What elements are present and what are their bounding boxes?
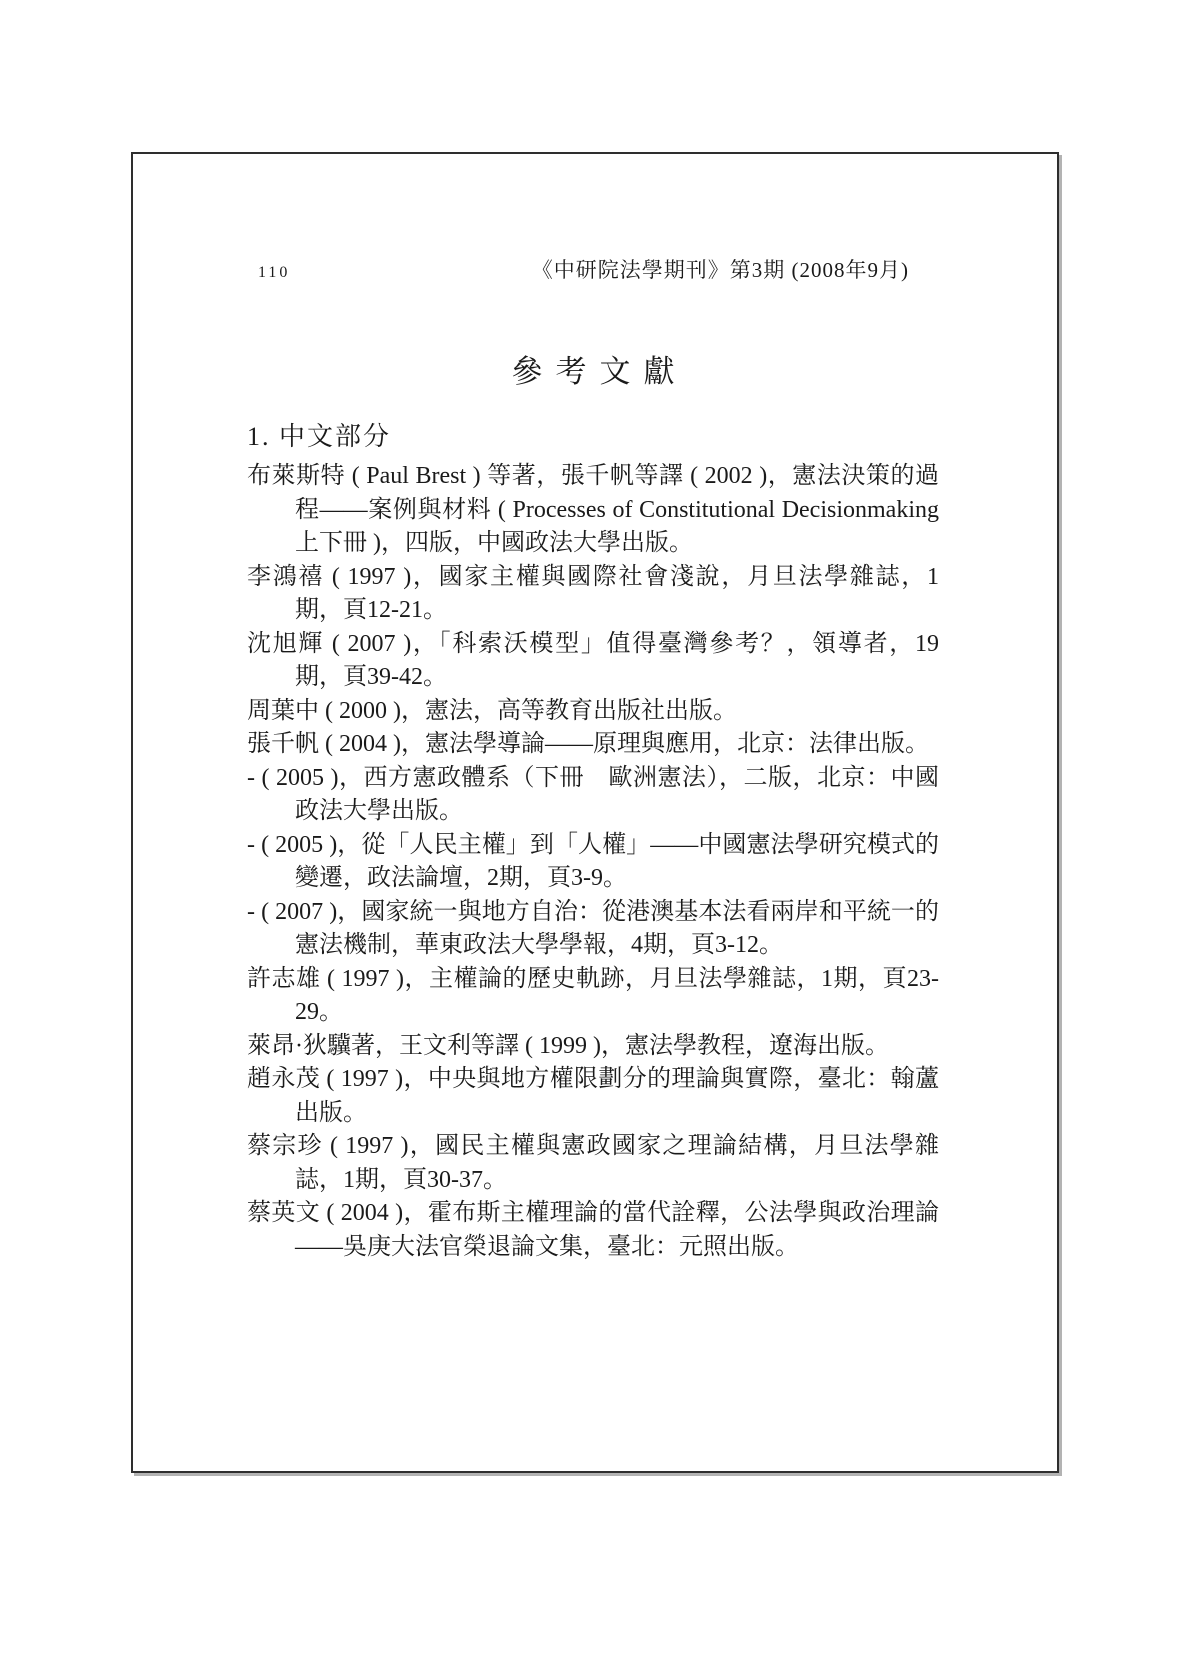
page-title: 參考文獻 bbox=[247, 346, 939, 391]
reference-entry: 張千帆 ( 2004 )，憲法學導論——原理與應用，北京：法律出版。 bbox=[247, 728, 939, 762]
journal-citation: 《中研院法學期刊》第3期 (2008年9月) bbox=[532, 254, 909, 284]
reference-entry: 許志雄 ( 1997 )，主權論的歷史軌跡，月旦法學雜誌，1期，頁23-29。 bbox=[247, 963, 939, 1030]
reference-list: 布萊斯特 ( Paul Brest ) 等著，張千帆等譯 ( 2002 )，憲法… bbox=[247, 460, 939, 1264]
reference-entry: 蔡英文 ( 2004 )，霍布斯主權理論的當代詮釋，公法學與政治理論——吳庚大法… bbox=[247, 1197, 939, 1264]
reference-entry: - ( 2007 )，國家統一與地方自治：從港澳基本法看兩岸和平統一的憲法機制，… bbox=[247, 896, 939, 963]
reference-entry: 趙永茂 ( 1997 )，中央與地方權限劃分的理論與實際，臺北：翰蘆出版。 bbox=[247, 1063, 939, 1130]
page-border-frame: 110 《中研院法學期刊》第3期 (2008年9月) 參考文獻 1. 中文部分 … bbox=[131, 152, 1059, 1473]
reference-entry: 李鴻禧 ( 1997 )，國家主權與國際社會淺說，月旦法學雜誌，1期，頁12-2… bbox=[247, 561, 939, 628]
reference-entry: - ( 2005 )，西方憲政體系（下冊 歐洲憲法），二版，北京：中國政法大學出… bbox=[247, 762, 939, 829]
reference-entry: 布萊斯特 ( Paul Brest ) 等著，張千帆等譯 ( 2002 )，憲法… bbox=[247, 460, 939, 561]
reference-entry: - ( 2005 )，從「人民主權」到「人權」——中國憲法學研究模式的變遷，政法… bbox=[247, 829, 939, 896]
reference-entry: 周葉中 ( 2000 )，憲法，高等教育出版社出版。 bbox=[247, 695, 939, 729]
reference-entry: 蔡宗珍 ( 1997 )，國民主權與憲政國家之理論結構，月旦法學雜誌，1期，頁3… bbox=[247, 1130, 939, 1197]
page-number: 110 bbox=[258, 264, 290, 282]
running-header: 110 《中研院法學期刊》第3期 (2008年9月) bbox=[258, 254, 909, 284]
reference-entry: 沈旭輝 ( 2007 )，「科索沃模型」值得臺灣參考？，領導者，19期，頁39-… bbox=[247, 628, 939, 695]
reference-entry: 萊昂·狄驥著，王文利等譯 ( 1999 )，憲法學教程，遼海出版。 bbox=[247, 1030, 939, 1064]
section-heading-chinese-part: 1. 中文部分 bbox=[247, 416, 391, 453]
